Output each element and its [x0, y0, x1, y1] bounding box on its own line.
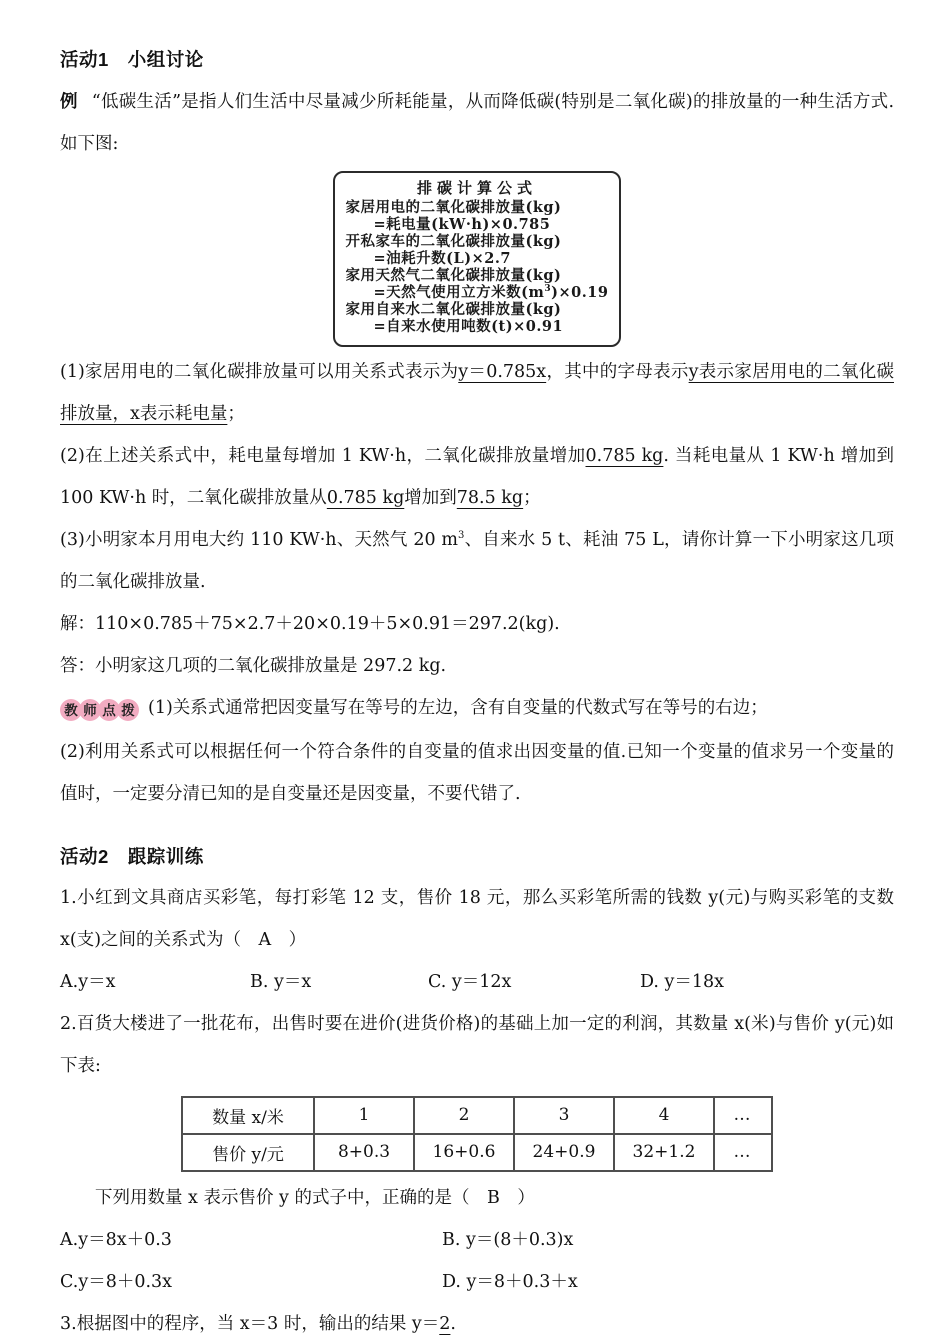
exercise2-option-c: C.y＝8＋0.3x — [60, 1261, 442, 1303]
answer-blank-increase: 0.785 kg — [586, 446, 664, 466]
carbon-formula-box: 排碳计算公式 家居用电的二氧化碳排放量(kg) =耗电量(kW·h)×0.785… — [333, 171, 622, 347]
table-row-quantity: 数量 x/米 1 2 3 4 … — [182, 1097, 772, 1134]
exercise3-paragraph: 3.根据图中的程序，当 x＝3 时，输出的结果 y＝2. — [60, 1303, 894, 1344]
activity2-heading: 活动2 跟踪训练 — [60, 843, 894, 869]
exercise2-option-a: A.y＝8x＋0.3 — [60, 1219, 442, 1261]
example-label: 例 — [60, 91, 78, 111]
formula-line-water: 家用自来水二氧化碳排放量(kg) — [346, 301, 609, 318]
answer-blank-from: 0.785 kg — [327, 488, 404, 508]
formula-line-gas-eq: =天然气使用立方米数(m3)×0.19 — [346, 284, 609, 301]
formula-line-electricity-eq: =耗电量(kW·h)×0.785 — [346, 216, 609, 233]
answer-line: 答：小明家这几项的二氧化碳排放量是 297.2 kg. — [60, 645, 894, 687]
formula-box-title: 排碳计算公式 — [346, 180, 609, 199]
table-header-quantity: 数量 x/米 — [182, 1097, 314, 1134]
exercise2-paragraph: 2.百货大楼进了一批花布，出售时要在进价(进货价格)的基础上加一定的利润，其数量… — [60, 1003, 894, 1087]
worksheet-page: 活动1 小组讨论 例“低碳生活”是指人们生活中尽量减少所耗能量，从而降低碳(特别… — [0, 0, 950, 1344]
exercise2-options: A.y＝8x＋0.3 B. y＝(8＋0.3)x C.y＝8＋0.3x D. y… — [60, 1219, 894, 1303]
teacher-note-badge: 教师点拨 — [60, 689, 136, 731]
solution-line: 解：110×0.785＋75×2.7＋20×0.19＋5×0.91＝297.2(… — [60, 603, 894, 645]
formula-box-wrapper: 排碳计算公式 家居用电的二氧化碳排放量(kg) =耗电量(kW·h)×0.785… — [60, 171, 894, 347]
teacher-note-paragraph2: (2)利用关系式可以根据任何一个符合条件的自变量的值求出因变量的值.已知一个变量… — [60, 731, 894, 815]
exercise1-option-b: B. y＝x — [250, 961, 428, 1003]
formula-line-water-eq: =自来水使用吨数(t)×0.91 — [346, 318, 609, 335]
answer-blank-output: 2 — [439, 1314, 450, 1334]
question1-paragraph: (1)家居用电的二氧化碳排放量可以用关系式表示为y＝0.785x，其中的字母表示… — [60, 351, 894, 435]
example-paragraph: 例“低碳生活”是指人们生活中尽量减少所耗能量，从而降低碳(特别是二氧化碳)的排放… — [60, 80, 894, 165]
table-row-price: 售价 y/元 8+0.3 16+0.6 24+0.9 32+1.2 … — [182, 1134, 772, 1171]
formula-line-gas: 家用天然气二氧化碳排放量(kg) — [346, 267, 609, 284]
exercise2-subquestion: 下列用数量 x 表示售价 y 的式子中，正确的是（ B ） — [60, 1177, 894, 1219]
table-header-price: 售价 y/元 — [182, 1134, 314, 1171]
exercise1-option-c: C. y＝12x — [428, 961, 640, 1003]
formula-line-car-eq: =油耗升数(L)×2.7 — [346, 250, 609, 267]
formula-line-electricity: 家居用电的二氧化碳排放量(kg) — [346, 199, 609, 216]
question3-paragraph: (3)小明家本月用电大约 110 KW·h、天然气 20 m3、自来水 5 t、… — [60, 519, 894, 603]
exercise2-option-d: D. y＝8＋0.3＋x — [442, 1261, 894, 1303]
teacher-note-line1: 教师点拨 (1)关系式通常把因变量写在等号的左边，含有自变量的代数式写在等号的右… — [60, 687, 894, 731]
exercise1-paragraph: 1.小红到文具商店买彩笔，每打彩笔 12 支，售价 18 元，那么买彩笔所需的钱… — [60, 877, 894, 961]
exercise1-options: A.y＝x B. y＝x C. y＝12x D. y＝18x — [60, 961, 894, 1003]
price-table: 数量 x/米 1 2 3 4 … 售价 y/元 8+0.3 16+0.6 24+… — [181, 1096, 773, 1172]
exercise1-option-d: D. y＝18x — [640, 961, 894, 1003]
example-intro-text: “低碳生活”是指人们生活中尽量减少所耗能量，从而降低碳(特别是二氧化碳)的排放量… — [60, 92, 894, 154]
answer-blank-relation: y＝0.785x — [458, 362, 546, 382]
activity1-heading: 活动1 小组讨论 — [60, 46, 894, 72]
question2-paragraph: (2)在上述关系式中，耗电量每增加 1 KW·h，二氧化碳排放量增加0.785 … — [60, 435, 894, 519]
answer-blank-to: 78.5 kg — [457, 488, 523, 508]
exercise1-option-a: A.y＝x — [60, 961, 250, 1003]
formula-line-car: 开私家车的二氧化碳排放量(kg) — [346, 233, 609, 250]
exercise2-option-b: B. y＝(8＋0.3)x — [442, 1219, 894, 1261]
